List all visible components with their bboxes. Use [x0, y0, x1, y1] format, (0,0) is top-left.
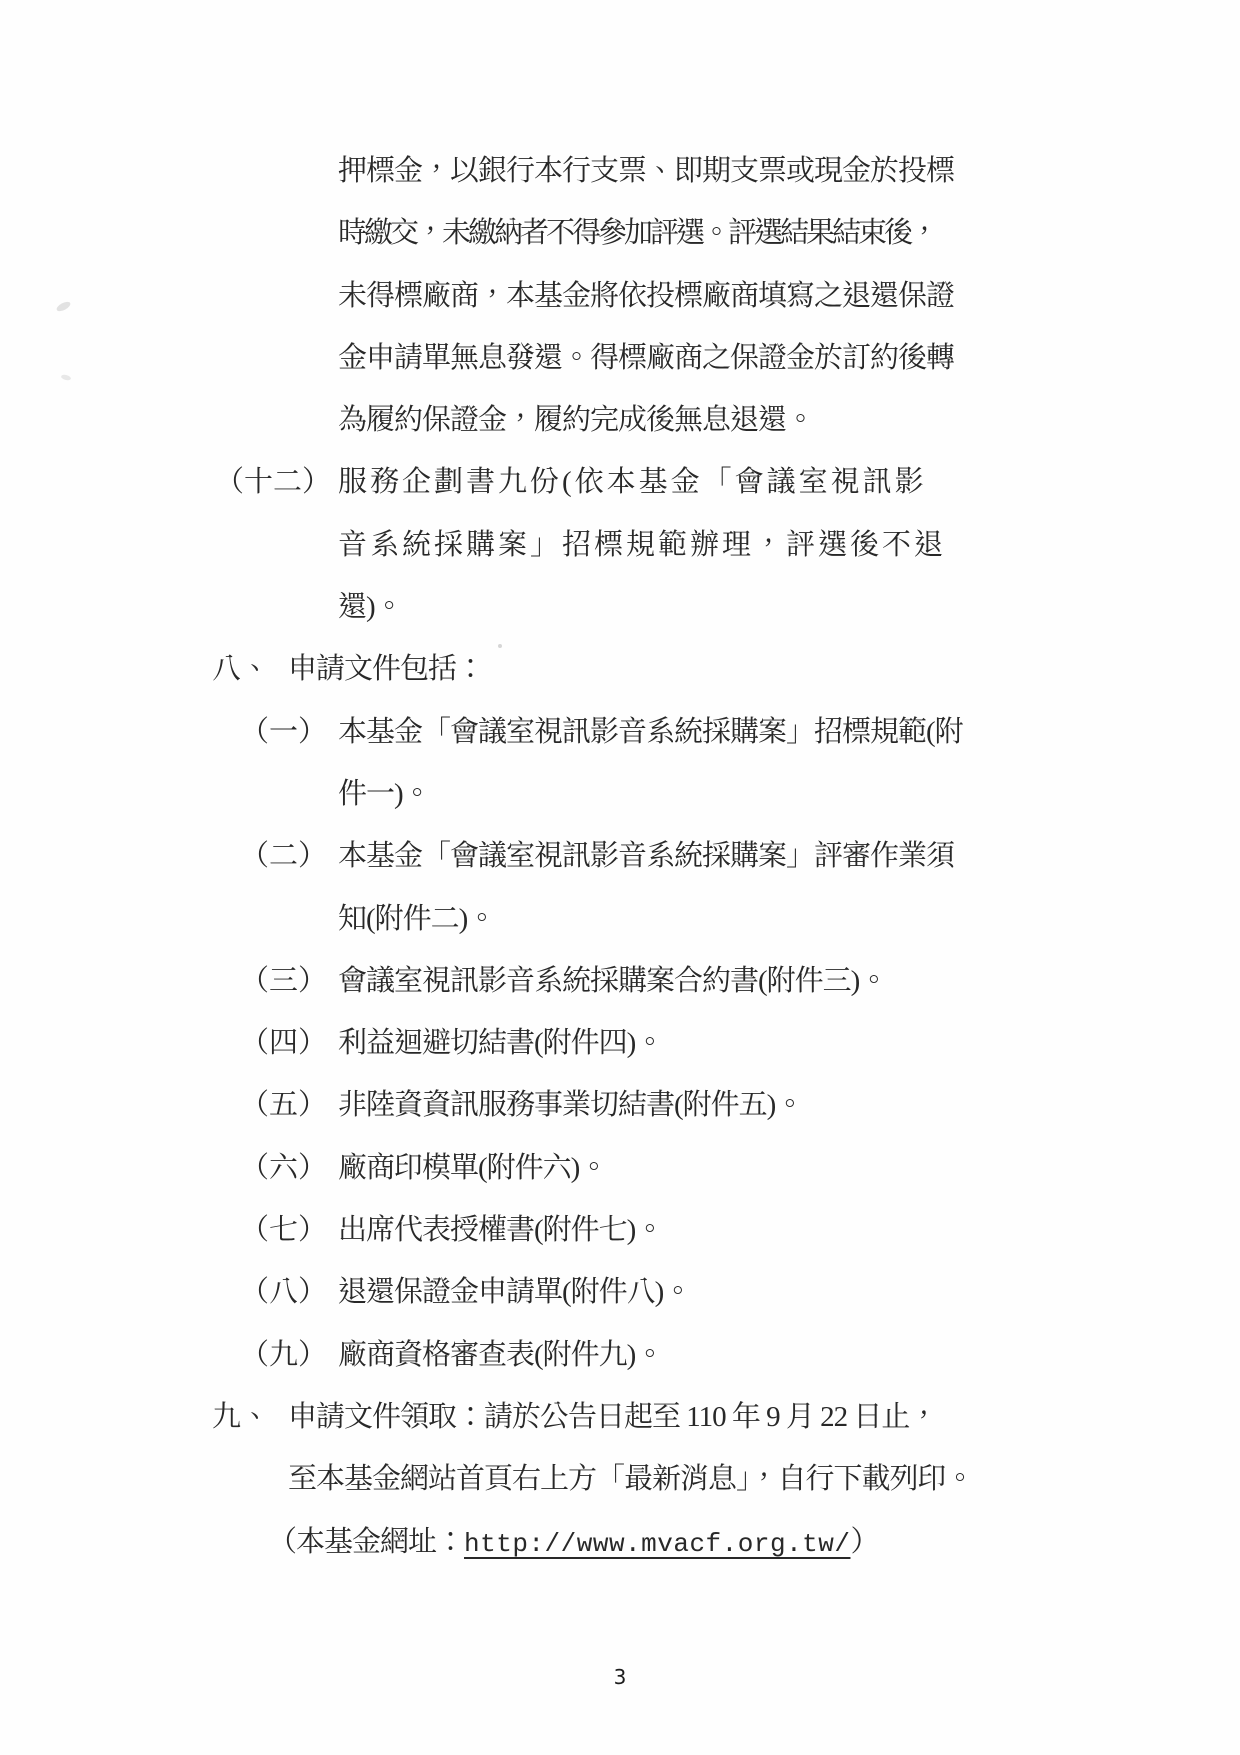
doc-line: 音系統採購案」招標規範辦理，評選後不退	[0, 514, 1240, 576]
item-text: 廠商印模單(附件六)。	[338, 1152, 607, 1184]
doc-line-section-8: 八、申請文件包括：	[0, 638, 1240, 700]
item-number-label: （十二）	[215, 451, 338, 513]
item-text: 利益迴避切結書(附件四)。	[338, 1027, 663, 1059]
item-text: 本基金「會議室視訊影音系統採購案」評審作業須	[338, 840, 954, 872]
document-text-block: 押標金，以銀行本行支票、即期支票或現金於投標 時繳交，未繳納者不得參加評選。評選…	[0, 140, 1240, 1573]
item-number-label: （四）	[240, 1012, 338, 1074]
doc-line: 為履約保證金，履約完成後無息退還。	[0, 389, 1240, 451]
item-number-label: （九）	[240, 1324, 338, 1386]
section-number-label: 九、	[212, 1386, 288, 1448]
item-number-label: （七）	[240, 1199, 338, 1261]
item-number-label: （八）	[240, 1261, 338, 1323]
scanned-document-page: 押標金，以銀行本行支票、即期支票或現金於投標 時繳交，未繳納者不得參加評選。評選…	[0, 0, 1240, 1755]
page-number: 3	[0, 1665, 1240, 1689]
doc-line: 至本基金網站首頁右上方「最新消息」，自行下載列印。	[0, 1448, 1240, 1510]
doc-line-item-7: （七）出席代表授權書(附件七)。	[0, 1199, 1240, 1261]
item-text: 會議室視訊影音系統採購案合約書(附件三)。	[338, 965, 887, 997]
doc-line-website: （本基金網址：http://www.mvacf.org.tw/）	[0, 1511, 1240, 1573]
doc-line: 還)。	[0, 576, 1240, 638]
doc-line-item-3: （三）會議室視訊影音系統採購案合約書(附件三)。	[0, 950, 1240, 1012]
item-number-label: （二）	[240, 825, 338, 887]
doc-line: 未得標廠商，本基金將依投標廠商填寫之退還保證	[0, 265, 1240, 327]
doc-line-item-1: （一）本基金「會議室視訊影音系統採購案」招標規範(附	[0, 701, 1240, 763]
doc-line: 件一)。	[0, 763, 1240, 825]
doc-line-item-4: （四）利益迴避切結書(附件四)。	[0, 1012, 1240, 1074]
item-number-label: （五）	[240, 1074, 338, 1136]
doc-line-item-6: （六）廠商印模單(附件六)。	[0, 1137, 1240, 1199]
item-text: 廠商資格審查表(附件九)。	[338, 1339, 663, 1371]
item-text: 出席代表授權書(附件七)。	[338, 1214, 663, 1246]
doc-line-item-8: （八）退還保證金申請單(附件八)。	[0, 1261, 1240, 1323]
doc-line-item-5: （五）非陸資資訊服務事業切結書(附件五)。	[0, 1074, 1240, 1136]
item-number-label: （三）	[240, 950, 338, 1012]
section-text: 申請文件領取：請於公告日起至 110 年 9 月 22 日止，	[288, 1401, 937, 1433]
item-number-label: （六）	[240, 1137, 338, 1199]
doc-line-item-12: （十二）服務企劃書九份(依本基金「會議室視訊影	[0, 451, 1240, 513]
scan-artifact	[498, 644, 502, 648]
item-text: 非陸資資訊服務事業切結書(附件五)。	[338, 1089, 803, 1121]
section-number-label: 八、	[212, 638, 288, 700]
fund-website-url: http://www.mvacf.org.tw/	[464, 1529, 850, 1559]
doc-line: 金申請單無息發還。得標廠商之保證金於訂約後轉	[0, 327, 1240, 389]
website-prefix: （本基金網址：	[268, 1526, 464, 1558]
doc-line: 知(附件二)。	[0, 888, 1240, 950]
doc-line-item-2: （二）本基金「會議室視訊影音系統採購案」評審作業須	[0, 825, 1240, 887]
website-suffix: ）	[850, 1526, 878, 1558]
item-text: 本基金「會議室視訊影音系統採購案」招標規範(附	[338, 716, 963, 748]
doc-line: 押標金，以銀行本行支票、即期支票或現金於投標	[0, 140, 1240, 202]
item-text: 退還保證金申請單(附件八)。	[338, 1276, 691, 1308]
doc-line: 時繳交，未繳納者不得參加評選。評選結果結束後，	[0, 202, 1240, 264]
item-text: 服務企劃書九份(依本基金「會議室視訊影	[338, 466, 927, 498]
section-text: 申請文件包括：	[288, 653, 484, 685]
doc-line-section-9: 九、申請文件領取：請於公告日起至 110 年 9 月 22 日止，	[0, 1386, 1240, 1448]
doc-line-item-9: （九）廠商資格審查表(附件九)。	[0, 1324, 1240, 1386]
item-number-label: （一）	[240, 701, 338, 763]
